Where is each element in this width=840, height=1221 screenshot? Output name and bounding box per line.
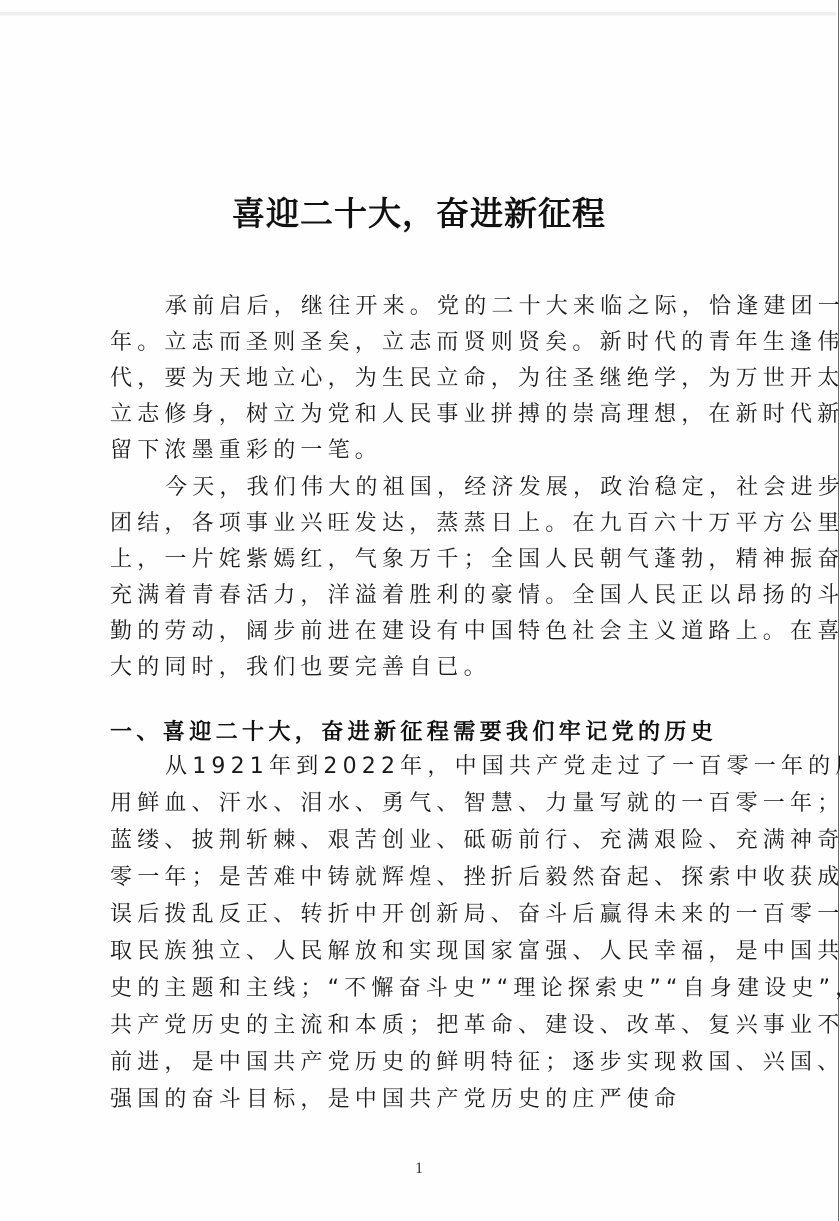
- document-title: 喜迎二十大，奋进新征程: [0, 188, 838, 235]
- section-heading: 一、喜迎二十大，奋进新征程需要我们牢记党的历史: [110, 718, 772, 748]
- section-paragraph-line-7: 史的主题和主线；“不懈奋斗史”“理论探索史”“自身建设史”，是中国: [110, 974, 772, 1004]
- section-paragraph-line-10: 强国的奋斗目标，是中国共产党历史的庄严使命: [110, 1085, 772, 1115]
- section-paragraph-line-9: 前进，是中国共产党历史的鲜明特征；逐步实现救国、兴国、富国、: [110, 1048, 772, 1078]
- paragraph-2-line-1: 今天，我们伟大的祖国，经济发展，政治稳定，社会进步，民族: [165, 473, 827, 503]
- paragraph-1-line-1: 承前启后，继往开来。党的二十大来临之际，恰逢建团一百周: [165, 292, 827, 322]
- section-paragraph-line-1: 从1921年到2022年，中国共产党走过了一百零一年的历程。这是: [165, 752, 827, 782]
- section-paragraph-line-4: 零一年；是苦难中铸就辉煌、挫折后毅然奋起、探索中收获成功、失: [110, 863, 772, 893]
- section-paragraph-line-2: 用鲜血、汗水、泪水、勇气、智慧、力量写就的一百零一年；是筚路: [110, 789, 772, 819]
- document-page: 喜迎二十大，奋进新征程 承前启后，继往开来。党的二十大来临之际，恰逢建团一百周 …: [0, 0, 838, 1221]
- section-paragraph-line-5: 误后拨乱反正、转折中开创新局、奋斗后赢得未来的一百零一年。争: [110, 900, 772, 930]
- paragraph-2-line-6: 大的同时，我们也要完善自已。: [110, 653, 772, 683]
- page-number: 1: [0, 1160, 838, 1178]
- paragraph-1-line-3: 代，要为天地立心，为生民立命，为往圣继绝学，为万世开太平；要: [110, 364, 772, 394]
- section-paragraph-line-8: 共产党历史的主流和本质；把革命、建设、改革、复兴事业不断推向: [110, 1011, 772, 1041]
- paragraph-2-line-4: 充满着青春活力，洋溢着胜利的豪情。全国人民正以昂扬的斗志和辛: [110, 581, 772, 611]
- paragraph-2-line-2: 团结，各项事业兴旺发达，蒸蒸日上。在九百六十万平方公里的大地: [110, 509, 772, 539]
- paragraph-2-line-5: 勤的劳动，阔步前进在建设有中国特色社会主义道路上。在喜迎二十: [110, 617, 772, 647]
- paragraph-2-line-3: 上，一片姹紫嫣红，气象万千；全国人民朝气蓬勃，精神振奋，到处: [110, 545, 772, 575]
- section-paragraph-line-3: 蓝缕、披荆斩棘、艰苦创业、砥砺前行、充满艰险、充满神奇的一百: [110, 826, 772, 856]
- paragraph-1-line-5: 留下浓墨重彩的一笔。: [110, 436, 772, 466]
- paragraph-1-line-4: 立志修身，树立为党和人民事业拼搏的崇高理想，在新时代新征程上: [110, 400, 772, 430]
- paragraph-1-line-2: 年。立志而圣则圣矣，立志而贤则贤矣。新时代的青年生逢伟大时: [110, 328, 772, 358]
- section-paragraph-line-6: 取民族独立、人民解放和实现国家富强、人民幸福，是中国共产党历: [110, 937, 772, 967]
